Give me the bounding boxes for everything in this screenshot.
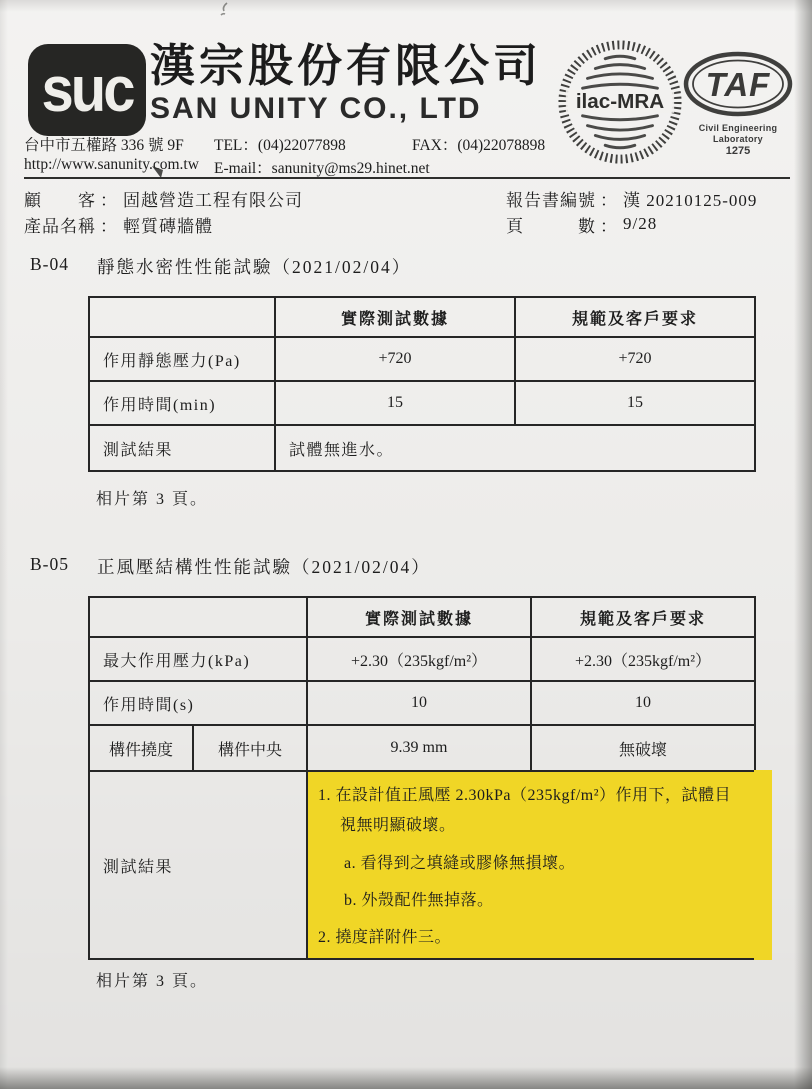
company-block: 漢宗股份有限公司 SAN UNITY CO., LTD: [150, 40, 542, 126]
photo-footnote: 相片第 3 頁。: [96, 968, 208, 991]
customer-label: 顧 客: [24, 186, 96, 211]
result-label: 測試結果: [89, 771, 307, 959]
section-title: 正風壓結構性性能試驗（2021/02/04）: [97, 554, 431, 579]
taf-oval-icon: TAF: [682, 50, 794, 118]
page-count-value: 9/28: [623, 214, 657, 234]
empty-header-cell: [89, 597, 307, 637]
customer-row: 顧 客 ： 固越營造工程有限公司 報告書編號 ： 漢 20210125-009: [24, 185, 794, 211]
tel-text: TEL：(04)22077898: [214, 133, 346, 155]
deflection-required: 無破壞: [531, 725, 755, 771]
product-value: 輕質磚牆體: [123, 212, 213, 237]
table-row: 作用時間(min) 15 15: [89, 381, 755, 425]
scan-speck: [218, 2, 232, 18]
company-name-zh: 漢宗股份有限公司: [150, 40, 542, 92]
colon: ：: [600, 212, 617, 237]
column-header-actual: 實際測試數據: [275, 297, 515, 337]
cell-actual: 10: [307, 681, 531, 725]
header-divider: [24, 177, 790, 179]
cell-actual: +2.30（235kgf/m²）: [307, 637, 531, 681]
company-name-en: SAN UNITY CO., LTD: [150, 92, 542, 126]
table-row: 最大作用壓力(kPa) +2.30（235kgf/m²） +2.30（235kg…: [89, 637, 755, 681]
colon: ：: [100, 212, 117, 237]
right-edge-shadow: [794, 0, 812, 1089]
deflection-position: 構件中央: [193, 725, 307, 771]
section-heading-b05: B-05 正風壓結構性性能試驗（2021/02/04）: [30, 554, 431, 579]
table-header-row: 實際測試數據 規範及客戶要求: [89, 597, 755, 637]
test-table-b04: 實際測試數據 規範及客戶要求 作用靜態壓力(Pa) +720 +720 作用時間…: [88, 296, 756, 472]
deflection-actual: 9.39 mm: [307, 725, 531, 771]
deflection-label: 構件撓度: [89, 725, 193, 771]
taf-label: TAF: [706, 66, 771, 103]
report-no-label: 報告書編號: [506, 186, 596, 211]
row-label: 作用時間(min): [89, 381, 275, 425]
row-label: 最大作用壓力(kPa): [89, 637, 307, 681]
fax-text: FAX：(04)22078898: [412, 133, 545, 155]
deflection-row: 構件撓度 構件中央 9.39 mm 無破壞: [89, 725, 755, 771]
column-header-actual: 實際測試數據: [307, 597, 531, 637]
empty-header-cell: [89, 297, 275, 337]
email-text: E-mail：sanunity@ms29.hinet.net: [214, 156, 430, 178]
colon: ：: [600, 186, 617, 211]
cell-actual: +720: [275, 337, 515, 381]
report-page: { "page": { "highlight_color": "#f0d626"…: [0, 0, 812, 1089]
colon: ：: [100, 186, 117, 211]
result-row: 測試結果 試體無進水。: [89, 425, 755, 471]
address-text: 台中市五權路 336 號 9F: [24, 133, 184, 155]
table-row: 作用靜態壓力(Pa) +720 +720: [89, 337, 755, 381]
photo-footnote: 相片第 3 頁。: [96, 486, 208, 509]
row-label: 作用靜態壓力(Pa): [89, 337, 275, 381]
section-title: 靜態水密性性能試驗（2021/02/04）: [97, 254, 411, 279]
customer-value: 固越營造工程有限公司: [123, 186, 303, 211]
contact-line-1: 台中市五權路 336 號 9F TEL：(04)22077898 FAX：(04…: [24, 133, 604, 153]
product-label: 產品名稱: [24, 212, 96, 237]
result-line: a. 看得到之填縫或膠條無損壞。: [344, 850, 744, 878]
result-line: b. 外殼配件無掉落。: [344, 887, 744, 915]
result-label: 測試結果: [89, 425, 275, 471]
highlight-result-cell: 1. 在設計值正風壓 2.30kPa（235kgf/m²）作用下，試體目視無明顯…: [307, 771, 755, 959]
taf-logo: TAF Civil Engineering Laboratory 1275: [682, 50, 794, 158]
section-code: B-05: [30, 554, 69, 579]
section-code: B-04: [30, 254, 69, 279]
table-header-row: 實際測試數據 規範及客戶要求: [89, 297, 755, 337]
report-no-value: 漢 20210125-009: [623, 186, 757, 211]
left-edge-shadow: [0, 0, 8, 1089]
website-text: http://www.sanunity.com.tw: [24, 156, 199, 174]
cell-required: +2.30（235kgf/m²）: [531, 637, 755, 681]
result-line: 2. 撓度詳附件三。: [318, 924, 744, 952]
contact-line-2: http://www.sanunity.com.tw E-mail：sanuni…: [24, 156, 604, 176]
top-edge-shadow: [0, 0, 812, 12]
cell-required: +720: [515, 337, 755, 381]
column-header-required: 規範及客戶要求: [531, 597, 755, 637]
test-table-b05: 實際測試數據 規範及客戶要求 最大作用壓力(kPa) +2.30（235kgf/…: [88, 596, 756, 960]
column-header-required: 規範及客戶要求: [515, 297, 755, 337]
suc-logo-text: suc: [42, 58, 133, 122]
result-row: 測試結果 1. 在設計值正風壓 2.30kPa（235kgf/m²）作用下，試體…: [89, 771, 755, 959]
section-heading-b04: B-04 靜態水密性性能試驗（2021/02/04）: [30, 254, 411, 279]
table-row: 作用時間(s) 10 10: [89, 681, 755, 725]
cell-actual: 15: [275, 381, 515, 425]
cell-required: 15: [515, 381, 755, 425]
cell-required: 10: [531, 681, 755, 725]
ilac-mra-label: ilac-MRA: [576, 90, 664, 113]
taf-lab-number: 1275: [682, 145, 794, 158]
report-info: 顧 客 ： 固越營造工程有限公司 報告書編號 ： 漢 20210125-009 …: [24, 185, 794, 237]
bottom-edge-shadow: [0, 1067, 812, 1089]
page-count-label: 頁 數: [506, 212, 596, 237]
suc-logo: suc: [28, 44, 146, 136]
result-line: 1. 在設計值正風壓 2.30kPa（235kgf/m²）作用下，試體目視無明顯…: [318, 781, 744, 841]
result-text: 試體無進水。: [275, 425, 755, 471]
taf-lab-line1: Civil Engineering: [682, 123, 794, 134]
product-row: 產品名稱 ： 輕質磚牆體 頁 數 ： 9/28: [24, 211, 794, 237]
taf-lab-line2: Laboratory: [682, 134, 794, 145]
row-label: 作用時間(s): [89, 681, 307, 725]
